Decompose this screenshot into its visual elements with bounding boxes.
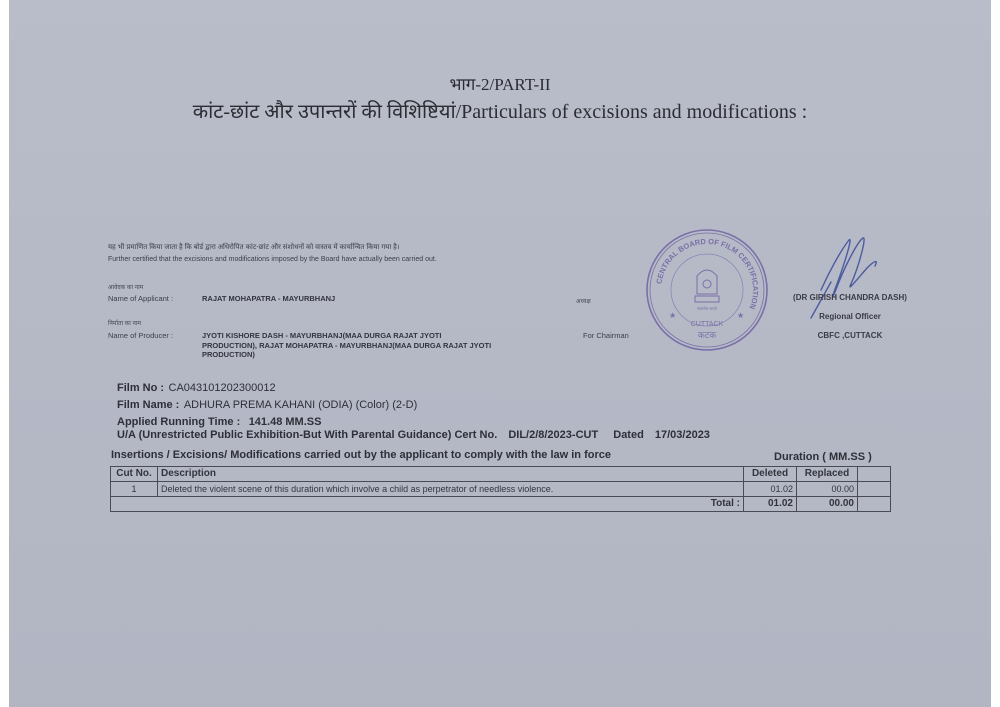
table-header-row: Cut No. Description Deleted Replaced xyxy=(111,467,891,482)
certificate-row: U/A (Unrestricted Public Exhibition-But … xyxy=(117,429,710,441)
signatory-office: CBFC ,CUTTACK xyxy=(765,331,935,340)
table-total-row: Total : 01.02 00.00 xyxy=(111,497,891,512)
producer-label: Name of Producer : xyxy=(108,331,173,340)
svg-text:★: ★ xyxy=(737,311,744,320)
chairman-label: For Chairman xyxy=(583,331,629,340)
signatory-name: (DR GIRISH CHANDRA DASH) xyxy=(765,293,935,302)
film-name-value: ADHURA PREMA KAHANI (ODIA) (Color) (2-D) xyxy=(184,399,417,411)
chairman-hindi: अध्यक्ष xyxy=(576,297,591,305)
section-title: Insertions / Excisions/ Modifications ca… xyxy=(111,449,611,461)
cert-dated-value: 17/03/2023 xyxy=(655,429,710,441)
total-blank xyxy=(858,497,891,512)
svg-text:कटक: कटक xyxy=(698,331,717,341)
document-page: भाग-2/PART-II कांट-छांट और उपान्तरों की … xyxy=(9,0,991,707)
part-heading: भाग-2/PART-II xyxy=(9,72,991,95)
svg-text:★: ★ xyxy=(669,311,676,320)
film-no-row: Film No : CA043101202300012 xyxy=(117,378,276,396)
cell-description: Deleted the violent scene of this durati… xyxy=(158,482,744,497)
producer-line-1: JYOTI KISHORE DASH - MAYURBHANJ(MAA DURG… xyxy=(202,331,491,341)
cbfc-stamp: CENTRAL BOARD OF FILM CERTIFICATION सत्य… xyxy=(643,226,771,354)
duration-label: Duration ( MM.SS ) xyxy=(774,451,872,463)
cert-number: DIL/2/8/2023-CUT xyxy=(508,429,598,441)
film-name-row: Film Name : ADHURA PREMA KAHANI (ODIA) (… xyxy=(117,395,417,413)
certification-english: Further certified that the excisions and… xyxy=(108,256,437,263)
total-label: Total : xyxy=(111,497,744,512)
cert-dated-label: Dated xyxy=(613,429,644,441)
producer-line-3: PRODUCTION) xyxy=(202,350,491,360)
cell-deleted: 01.02 xyxy=(744,482,797,497)
stamp-seal-icon: CENTRAL BOARD OF FILM CERTIFICATION सत्य… xyxy=(643,226,771,354)
certification-hindi: यह भी प्रमाणित किया जाता है कि बोर्ड द्व… xyxy=(108,243,400,252)
cell-replaced: 00.00 xyxy=(797,482,858,497)
table-row: 1 Deleted the violent scene of this dura… xyxy=(111,482,891,497)
producer-hindi-label: निर्माता का नाम xyxy=(108,319,141,327)
header-blank xyxy=(858,467,891,482)
film-no-label: Film No : xyxy=(117,382,164,394)
applicant-value: RAJAT MOHAPATRA - MAYURBHANJ xyxy=(202,294,335,304)
total-deleted: 01.02 xyxy=(744,497,797,512)
film-no-value: CA043101202300012 xyxy=(169,382,276,394)
page-title: कांट-छांट और उपान्तरों की विशिष्टियां/Pa… xyxy=(9,97,991,124)
applicant-hindi-label: आवेदक का नाम xyxy=(108,283,143,291)
svg-text:CENTRAL BOARD OF FILM CERTIFIC: CENTRAL BOARD OF FILM CERTIFICATION xyxy=(654,237,760,311)
cell-blank xyxy=(858,482,891,497)
svg-text:CUTTACK: CUTTACK xyxy=(691,321,724,328)
svg-text:सत्यमेव जयते: सत्यमेव जयते xyxy=(697,306,717,311)
header-replaced: Replaced xyxy=(797,467,858,482)
applicant-label: Name of Applicant : xyxy=(108,294,173,303)
film-name-label: Film Name : xyxy=(117,399,179,411)
signature-icon xyxy=(801,232,891,322)
signatory-title: Regional Officer xyxy=(765,312,935,321)
total-replaced: 00.00 xyxy=(797,497,858,512)
producer-line-2: PRODUCTION), RAJAT MOHAPATRA - MAYURBHAN… xyxy=(202,341,491,351)
runtime-row: Applied Running Time : 141.48 MM.SS xyxy=(117,412,321,430)
cell-cut-no: 1 xyxy=(111,482,158,497)
header-cut-no: Cut No. xyxy=(111,467,158,482)
runtime-label: Applied Running Time : xyxy=(117,416,240,428)
header-description: Description xyxy=(158,467,744,482)
modifications-table: Cut No. Description Deleted Replaced 1 D… xyxy=(110,466,891,512)
producer-value: JYOTI KISHORE DASH - MAYURBHANJ(MAA DURG… xyxy=(202,331,491,360)
header-deleted: Deleted xyxy=(744,467,797,482)
runtime-value: 141.48 MM.SS xyxy=(249,416,322,428)
cert-category: U/A (Unrestricted Public Exhibition-But … xyxy=(117,429,497,441)
